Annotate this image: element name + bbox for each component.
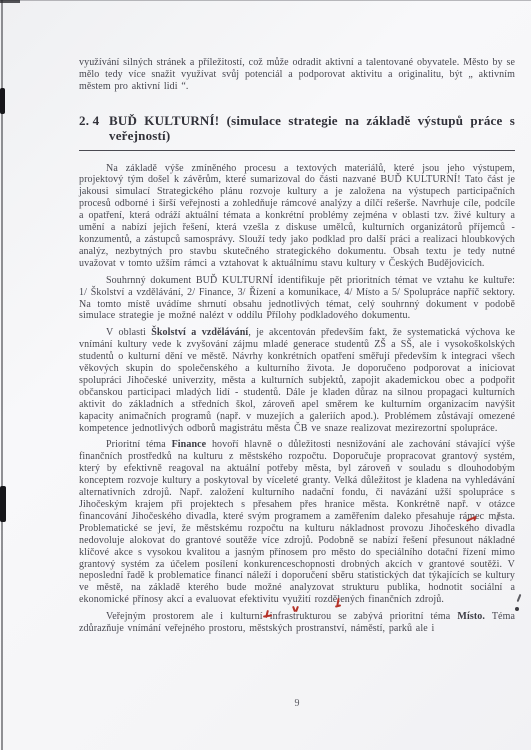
- paragraph-text: , je akcentován především fakt, že syste…: [79, 327, 515, 433]
- scanned-document-page: využívání silných stránek a příležitostí…: [0, 0, 531, 750]
- scan-corner-mark: [0, 0, 20, 3]
- bold-theme-misto: Místo.: [457, 611, 485, 622]
- paragraph-text: Prioritní téma: [106, 439, 172, 450]
- paragraph-misto: Veřejným prostorem ale i kulturní infras…: [79, 611, 515, 635]
- section-title: BUĎ KULTURNÍ! (simulace strategie na zák…: [109, 113, 515, 144]
- scan-blob-upper: [0, 88, 5, 114]
- paragraph-finance: Prioritní téma Finance hovoří hlavně o d…: [79, 439, 515, 606]
- paragraph-text: hovoří hlavně o důležitosti nesnižování …: [79, 439, 515, 605]
- paragraph-text: Veřejným prostorem ale i kulturní infras…: [106, 611, 457, 622]
- page-number: 9: [79, 698, 515, 709]
- intro-paragraph: využívání silných stránek a příležitostí…: [79, 57, 515, 93]
- red-insertion-mark-dotacni: [337, 598, 341, 607]
- pencil-margin-mark-nadacni: [497, 513, 499, 521]
- bold-theme-finance: Finance: [172, 439, 207, 450]
- document-content: využívání silných stránek a příležitostí…: [79, 0, 515, 635]
- section-heading: 2. 4 BUĎ KULTURNÍ! (simulace strategie n…: [79, 113, 515, 151]
- scan-blob-lower: [0, 486, 6, 522]
- pen-margin-mark-lower: [515, 607, 519, 611]
- red-correction-mark-nadacni: [466, 518, 476, 521]
- section-number: 2. 4: [79, 113, 109, 144]
- paragraph-souhrnny-dokument: Souhrnný dokument BUĎ KULTURNÍ identifik…: [79, 275, 515, 323]
- paragraph-text: Souhrnný dokument BUĎ KULTURNÍ identifik…: [79, 275, 515, 322]
- bold-theme-skolstvi: Školství a vzdělávání: [151, 327, 248, 338]
- paragraph-text: V oblasti: [106, 327, 151, 338]
- pen-margin-mark-upper: [518, 594, 520, 602]
- red-caret-mark-grantove: [293, 606, 298, 612]
- paragraph-na-zaklade: Na základě výše zmíněného procesu a text…: [79, 163, 515, 270]
- red-strike-mark-akcich: [266, 610, 272, 617]
- paragraph-text: Na základě výše zmíněného procesu a text…: [79, 163, 515, 269]
- paragraph-skolstvi: V oblasti Školství a vzdělávání, je akce…: [79, 327, 515, 434]
